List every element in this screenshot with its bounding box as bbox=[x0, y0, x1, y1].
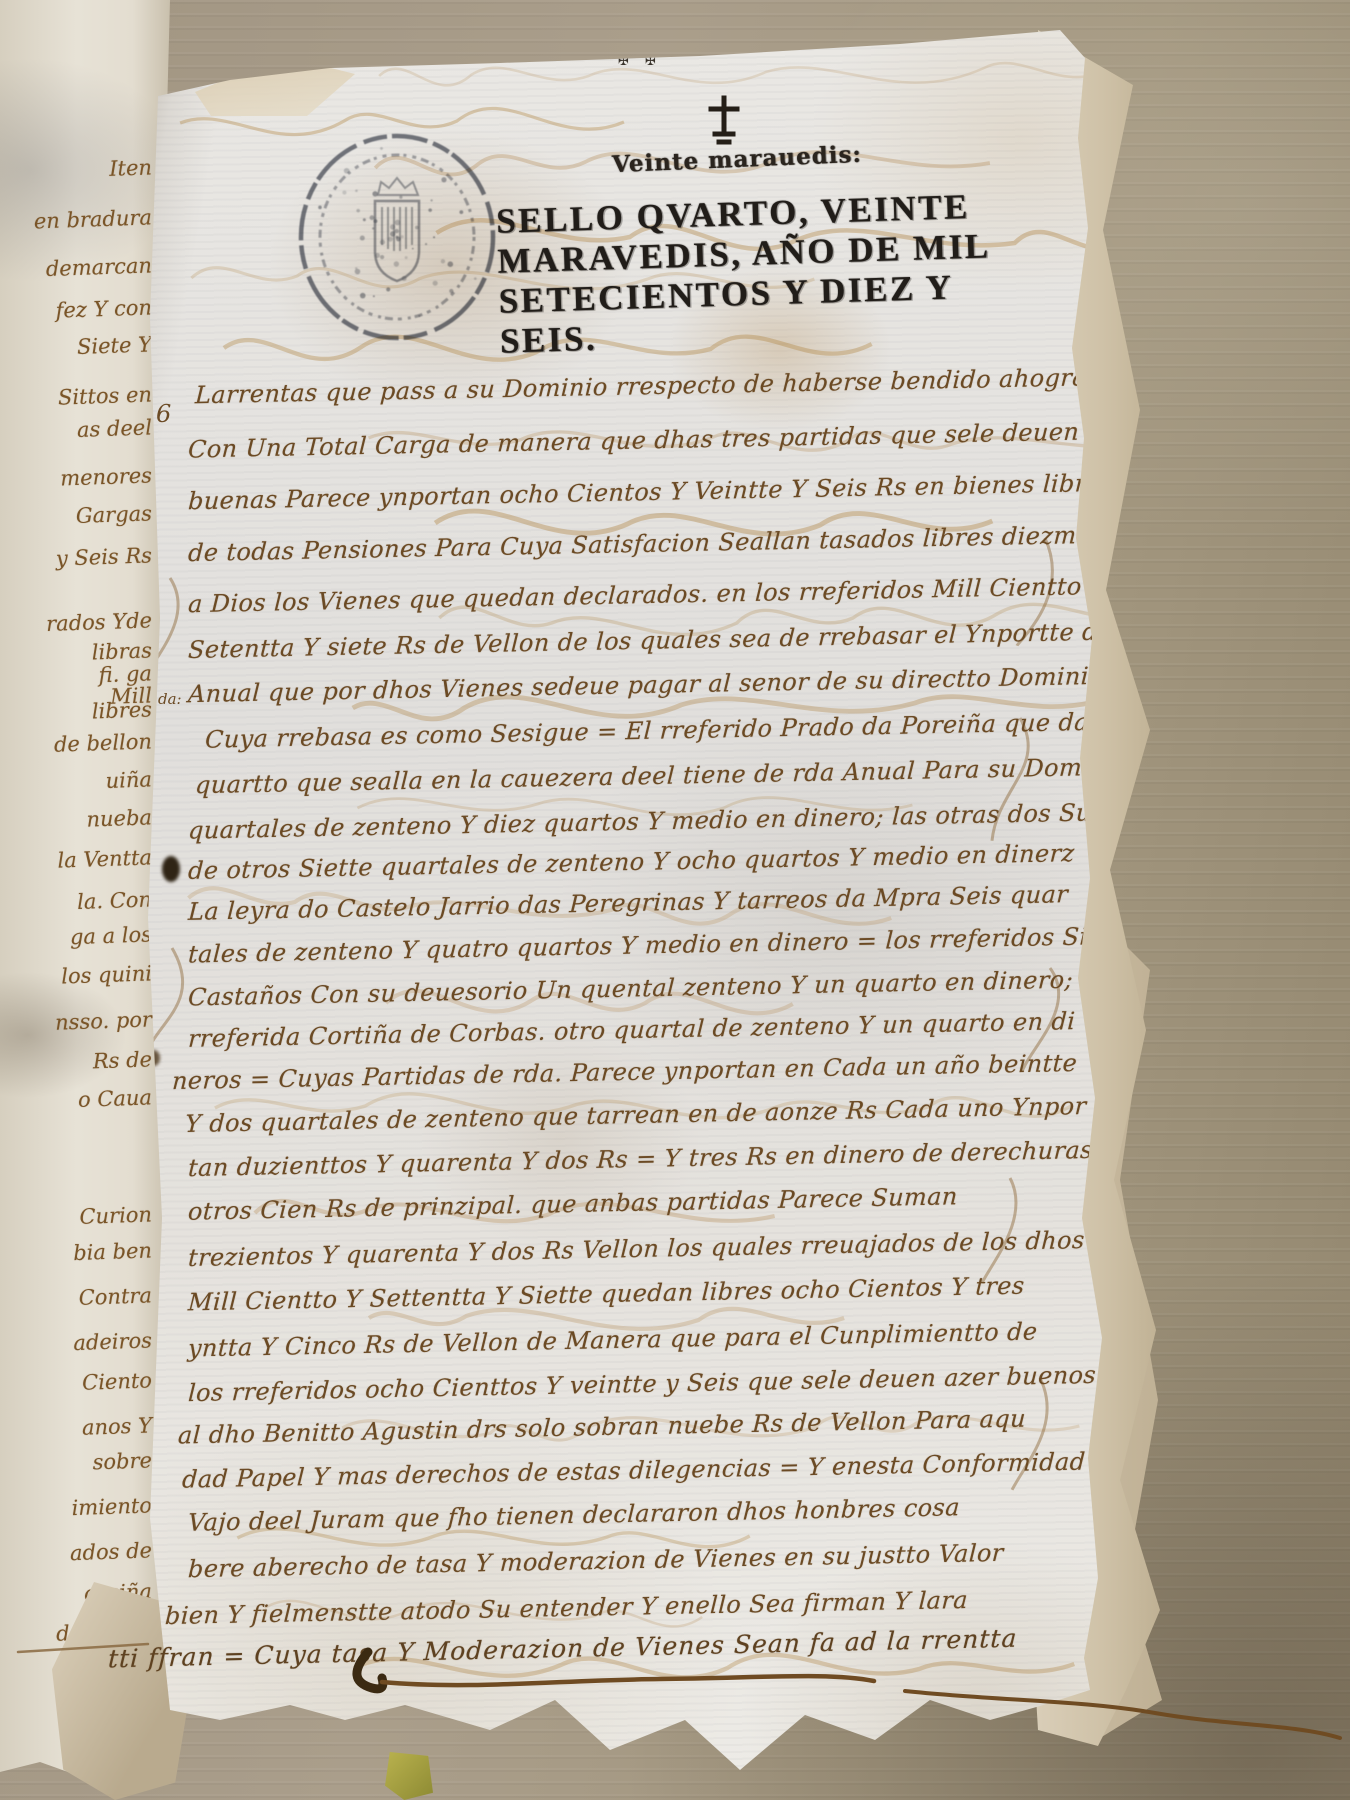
margin-mark: 6 bbox=[156, 400, 171, 428]
left-page-fragment: fez Y con bbox=[0, 297, 152, 323]
printed-seal-block: SELLO QVARTO, VEINTE MARAVEDIS, AÑO DE M… bbox=[496, 186, 994, 361]
left-page-fragment: bia ben bbox=[0, 1240, 152, 1266]
ink-blot bbox=[162, 856, 180, 882]
left-page-fragment: adeiros bbox=[0, 1330, 152, 1356]
left-page-fragment: en bradura bbox=[0, 207, 152, 233]
left-page-fragment: anos Y bbox=[0, 1415, 152, 1441]
left-page-fragment: Gargas bbox=[0, 503, 152, 529]
manuscript-page: ✠ ✠ Veinte marauedis: SELLO QVARTO, VEIN… bbox=[140, 18, 1135, 1778]
left-page-fragment: ga a los bbox=[0, 924, 152, 950]
left-page-strip: Iten en bradura demarcan fez Y con Siete… bbox=[0, 0, 170, 1800]
left-page-fragment: sobre bbox=[0, 1450, 152, 1476]
left-page-fragment: la. Con bbox=[0, 889, 152, 915]
cross-icon bbox=[703, 92, 745, 148]
left-page-fragment: Siete Y bbox=[0, 334, 152, 360]
left-page-fragment: o Caua bbox=[0, 1087, 152, 1113]
left-page-fragment: uiña bbox=[0, 769, 152, 795]
left-page-fragment: la Ventta bbox=[0, 847, 152, 873]
yellow-fragment bbox=[385, 1752, 433, 1800]
ink-seal-stamp bbox=[290, 123, 505, 351]
left-page-fragment: as deel bbox=[0, 417, 152, 443]
left-page-fragment: Ciento bbox=[0, 1370, 152, 1396]
left-page-fragment: Sittos en bbox=[0, 384, 152, 410]
left-page-fragment: de bellon bbox=[0, 731, 152, 757]
left-page-fragment: libres bbox=[0, 699, 152, 725]
left-page-fragment: Rs de bbox=[0, 1049, 152, 1075]
left-page-fragment: Curion bbox=[0, 1204, 152, 1230]
left-page-fragment: demarcan bbox=[0, 255, 152, 281]
left-page-fragment: ados de bbox=[0, 1540, 152, 1566]
left-page-fragment: los quini bbox=[0, 963, 152, 989]
left-page-fragment: menores bbox=[0, 465, 152, 491]
margin-mark: da: bbox=[158, 690, 182, 708]
left-page-fragment: imiento bbox=[0, 1495, 152, 1521]
photo-of-manuscript: Iten en bradura demarcan fez Y con Siete… bbox=[0, 0, 1350, 1800]
left-page-fragment: Contra bbox=[0, 1285, 152, 1311]
tiny-cross-marks: ✠ ✠ bbox=[618, 54, 662, 69]
left-page-fragment: nueba bbox=[0, 807, 152, 833]
left-page-fragment: y Seis Rs bbox=[0, 545, 152, 571]
left-page-fragment: Iten bbox=[0, 157, 152, 183]
left-page-fragment: nsso. por bbox=[0, 1009, 152, 1035]
left-page-fragment: rados Yde bbox=[0, 610, 152, 636]
